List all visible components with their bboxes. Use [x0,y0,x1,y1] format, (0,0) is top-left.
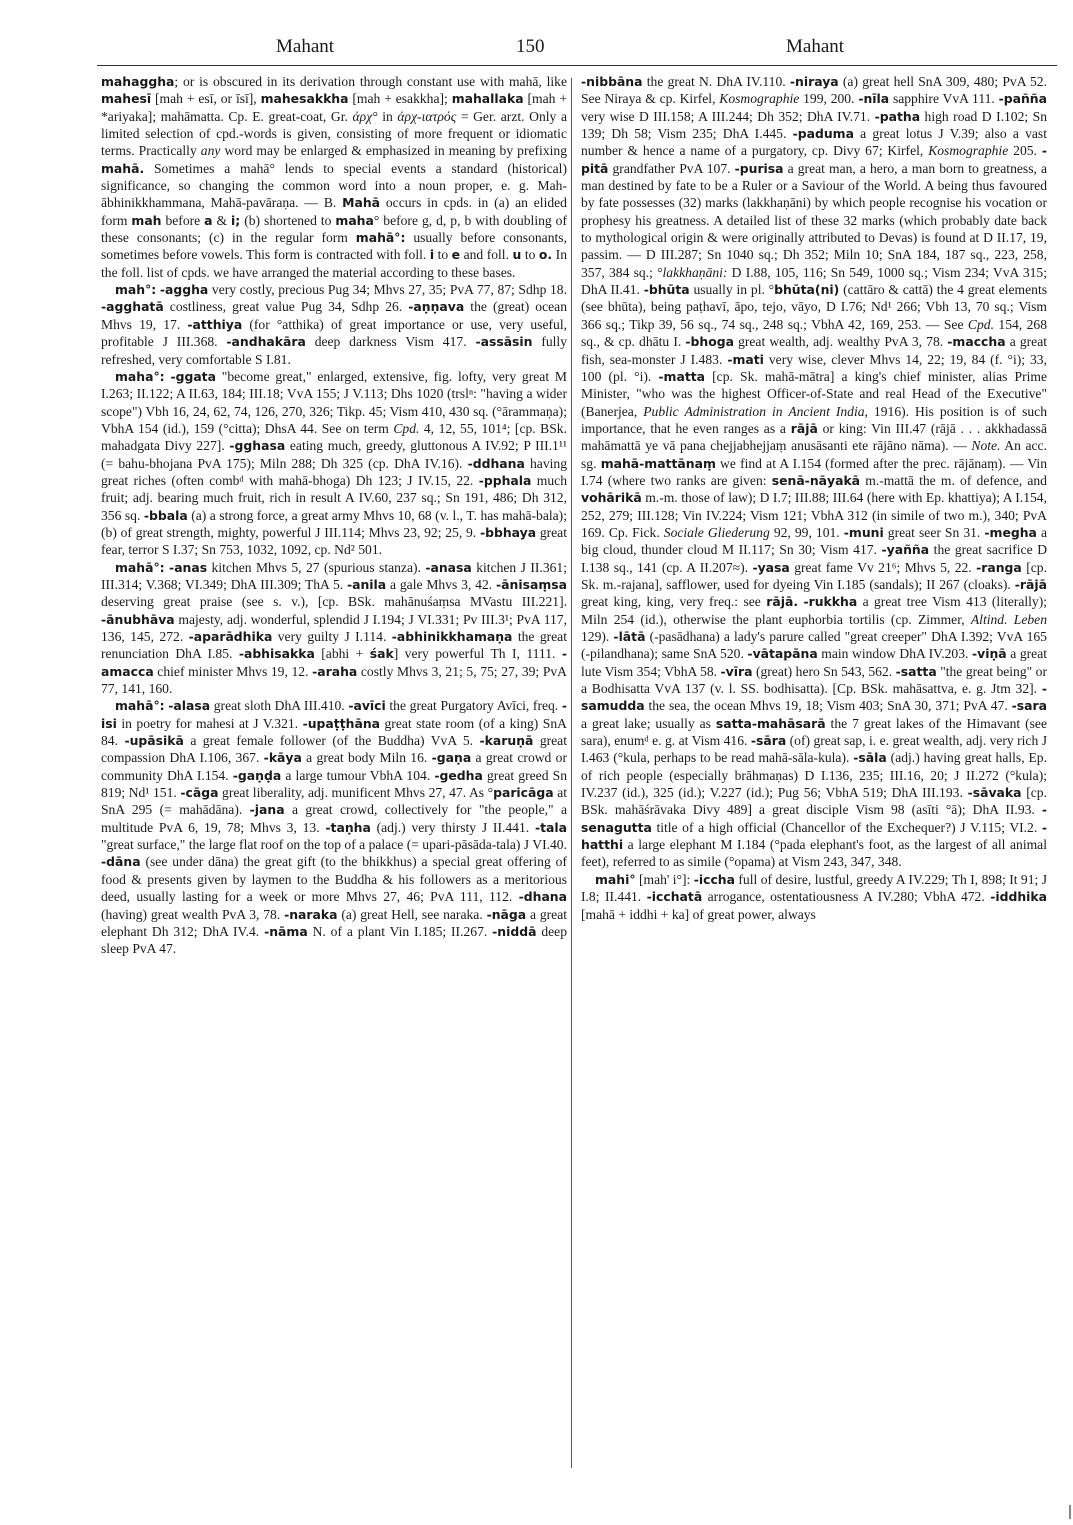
headword: -gedha [434,768,482,783]
headword: -alasa [168,698,210,713]
definition-text: (see under dāna) the great gift (to the … [101,854,567,904]
headword: -cāga [180,785,218,800]
headword: -ranga [976,560,1022,575]
italic-citation: ἀρχ-ιατρός [397,109,456,124]
page-edge-mark [1069,1505,1071,1519]
dictionary-page: Mahant 150 Mahant mahaggha; or is obscur… [0,0,1073,1525]
definition-text: 205. [1008,143,1042,158]
italic-citation: Kosmographie [928,143,1008,158]
left-column: mahaggha; or is obscured in its derivati… [101,73,567,958]
definition-text: great fame Vv 21⁶; Mhvs 5, 22. [790,560,976,575]
definition-text: (adj.) very thirsty J II.441. [371,820,535,835]
headword: bhūta(ni) [774,282,839,297]
headword: -pphala [479,473,532,488]
headword: mahā-mattānaṃ [601,456,716,471]
italic-citation: Cpd. [968,317,994,332]
headword: -pañña [999,91,1047,106]
dictionary-paragraph: mahi° [mah' i°]: -iccha full of desire, … [581,871,1047,923]
definition-text: (great) hero Sn 543, 562. [752,664,895,679]
headword: -niraya [790,74,839,89]
definition-text: in poetry for mahesi at J V.321. [117,716,303,731]
headword: -bbhaya [480,525,536,540]
headword: -vātapāna [747,646,817,661]
dictionary-paragraph: mahā°: -anas kitchen Mhvs 5, 27 (spuriou… [101,559,567,698]
definition-text: great sloth DhA III.410. [210,698,348,713]
headword: -nāma [264,924,308,939]
headword: -aṇṇava [408,299,464,314]
italic-citation: any [201,143,221,158]
headword: -bbala [144,508,188,523]
headword: -iddhika [990,889,1047,904]
definition-text: in [378,109,398,124]
headword: u [513,247,522,262]
definition-text: [mah' i°]: [636,872,694,887]
headword: -ānubhāva [101,612,175,627]
headword: -megha [984,525,1037,540]
headword: -purisa [735,161,784,176]
headword: a [204,213,212,228]
headword: -gaṇḍa [233,768,281,783]
headword: -dāna [101,854,141,869]
definition-text: (a) great Hell, see naraka. [338,907,487,922]
definition-text: a great female follower (of the Buddha) … [184,733,480,748]
headword: -karuṇā [480,733,534,748]
definition-text: a great man, a hero, a man born to great… [581,161,1047,280]
headword: mahesakkha [261,91,349,106]
dictionary-paragraph: -nibbāna the great N. DhA IV.110. -niray… [581,73,1047,871]
definition-text: a large tumour VbhA 104. [281,768,434,783]
definition-text: a large elephant M I.184 (°pada elephant… [581,837,1047,869]
definition-text: sapphire VvA 111. [889,91,998,106]
headword: -jana [250,802,285,817]
page-number: 150 [516,36,545,58]
header-left-title: Mahant [276,36,334,58]
headword: -araha [312,664,357,679]
headword: -abhinikkhamaṇa [392,629,513,644]
definition-text: to [521,247,539,262]
definition-text: great liberality, adj. munificent Mhvs 2… [218,785,493,800]
dictionary-paragraph: mahā°: -alasa great sloth DhA III.410. -… [101,697,567,957]
definition-text: a great lake; usually as [581,716,716,731]
definition-text: ; or is obscured in its derivation throu… [174,74,567,89]
definition-text: usually in pl. ° [690,282,774,297]
headword: paricāga [493,785,554,800]
definition-text: a great body Miln 16. [302,750,432,765]
headword: mahaggha [101,74,174,89]
definition-text: ] very powerful Th I, 1111. [394,646,562,661]
headword: mahā. [101,161,144,176]
headword: i; [231,213,240,228]
headword: -sāla [853,750,887,765]
headword: -dhana [519,889,567,904]
headword: -matta [658,369,705,384]
headword: mahallaka [452,91,524,106]
headword: -satta [896,664,937,679]
right-column: -nibbāna the great N. DhA IV.110. -niray… [581,73,1047,923]
definition-text: m.-mattā the m. of defence, and [860,473,1047,488]
definition-text: & [213,213,232,228]
headword: -rukkha [803,594,857,609]
headword: mah [131,213,161,228]
headword: -gghasa [229,438,285,453]
headword: mah°: [115,282,156,297]
headword: maha [335,213,373,228]
headword: mahā°: [115,698,165,713]
italic-citation: lakkhaṇāni: [663,265,728,280]
headword: -kāya [264,750,302,765]
headword: -sāvaka [968,785,1022,800]
headword: -iccha [694,872,735,887]
headword: rājā [791,421,818,436]
dictionary-paragraph: mahaggha; or is obscured in its derivati… [101,73,567,281]
headword: -yasa [752,560,789,575]
headword: -andhakāra [226,334,305,349]
headword: -abhisakka [239,646,315,661]
headword: -aparādhika [189,629,273,644]
italic-citation: Sociale Gliederung [664,525,770,540]
headword: -tala [535,820,567,835]
headword: vohārikā [581,490,642,505]
headword: -agghatā [101,299,164,314]
definition-text: "great surface," the large flat roof on … [101,837,567,852]
headword: -taṇha [325,820,370,835]
headword: -ggata [170,369,216,384]
headword: -avīci [348,698,385,713]
definition-text: costliness, great value Pug 34, Sdhp 26. [164,299,409,314]
headword: -sara [1012,698,1047,713]
headword: -paduma [793,126,854,141]
definition-text: [mah + esakkha]; [349,91,452,106]
column-divider [571,78,572,1468]
headword: -rājā [1015,577,1047,592]
headword: -aggha [160,282,208,297]
definition-text: before [162,213,205,228]
definition-text: the great Purgatory Avīci, freq. [386,698,562,713]
headword: -yañña [882,542,930,557]
headword: -nāga [487,907,527,922]
headword: -gaṇa [432,750,472,765]
headword: -assāsin [475,334,532,349]
definition-text: great wealth, adj. wealthy PvA 3, 78. [734,334,947,349]
definition-text: (having) great wealth PvA 3, 78. [101,907,284,922]
headword: satta-mahāsarā [716,716,826,731]
italic-citation: Kosmographie [719,91,799,106]
headword: mahesī [101,91,151,106]
definition-text: (b) shortened to [240,213,335,228]
headword: śak [370,646,394,661]
header-right-title: Mahant [786,36,844,58]
headword: rājā. [766,594,798,609]
definition-text: [abhi + [315,646,370,661]
headword: -maccha [947,334,1005,349]
headword: -ddhana [468,456,525,471]
headword: -vīra [721,664,753,679]
headword: -patha [875,109,920,124]
italic-citation: Public Administration in Ancient India, [643,404,868,419]
definition-text: and foll. [460,247,512,262]
headword: -naraka [284,907,337,922]
definition-text: 129). [581,629,613,644]
headword: o. [539,247,552,262]
headword: -muni [844,525,884,540]
italic-citation: Altind. Leben [971,612,1047,627]
headword: mahā°: [356,230,406,245]
headword: -icchatā [647,889,703,904]
headword: -nīla [858,91,889,106]
definition-text: deserving great praise (see s. v.), [cp.… [101,594,567,609]
running-head: Mahant 150 Mahant [96,36,1056,60]
definition-text: N. of a plant Vin I.185; II.267. [308,924,492,939]
definition-text: arrogance, ostentatiousness A IV.280; Vb… [702,889,990,904]
headword: -anila [347,577,386,592]
headword: Mahā [342,195,380,210]
definition-text: very guilty J I.114. [272,629,391,644]
headword: -ānisaṃsa [496,577,567,592]
italic-citation: ἀρχ° [353,109,378,124]
headword: -mati [727,352,764,367]
definition-text: the great N. DhA IV.110. [643,74,790,89]
definition-text: word may be enlarged & emphasized in mea… [220,143,567,158]
headword: -upāsikā [124,733,183,748]
definition-text: main window DhA IV.203. [818,646,972,661]
headword: -upaṭṭhāna [303,716,380,731]
definition-text: kitchen Mhvs 5, 27 (spurious stanza). [207,560,425,575]
headword: mahā°: [115,560,165,575]
definition-text: 199, 200. [799,91,858,106]
dictionary-paragraph: maha°: -ggata "become great," enlarged, … [101,368,567,559]
dictionary-paragraph: mah°: -aggha very costly, precious Pug 3… [101,281,567,368]
definition-text: chief minister Mhvs 19, 12. [154,664,312,679]
headword: mahi° [595,872,636,887]
definition-text: very costly, precious Pug 34; Mhvs 27, 3… [208,282,567,297]
headword: -bhūta [644,282,690,297]
italic-citation: Note. [971,438,1000,453]
headword: -bhoga [685,334,734,349]
italic-citation: Cpd. [393,421,419,436]
definition-text: to [434,247,452,262]
definition-text: great king, king, very freq.: see [581,594,766,609]
definition-text: deep darkness Vism 417. [306,334,476,349]
headword: e [452,247,460,262]
definition-text: [mah + esī, or īsī], [151,91,260,106]
definition-text: title of a high official (Chancellor of … [652,820,1042,835]
headword: maha°: [115,369,165,384]
headword: -niddā [492,924,536,939]
headword: -atthiya [187,317,242,332]
headword: -viṇā [972,646,1007,661]
definition-text: the sea, the ocean Mhvs 19, 18; Vism 403… [645,698,1012,713]
headword: -sāra [751,733,786,748]
definition-text: 92, 99, 101. [770,525,844,540]
headword: -anas [169,560,207,575]
header-rule [97,65,1057,66]
definition-text: [mahā + iddhi + ka] of great power, alwa… [581,907,816,922]
definition-text: very wise D III.158; A III.244; Dh 352; … [581,109,875,124]
headword: -anasa [425,560,471,575]
headword: -lātā [613,629,645,644]
definition-text: a gale Mhvs 3, 42. [386,577,496,592]
definition-text: great seer Sn 31. [884,525,985,540]
headword: senā-nāyakā [772,473,860,488]
definition-text: grandfather PvA 107. [608,161,734,176]
headword: -nibbāna [581,74,643,89]
